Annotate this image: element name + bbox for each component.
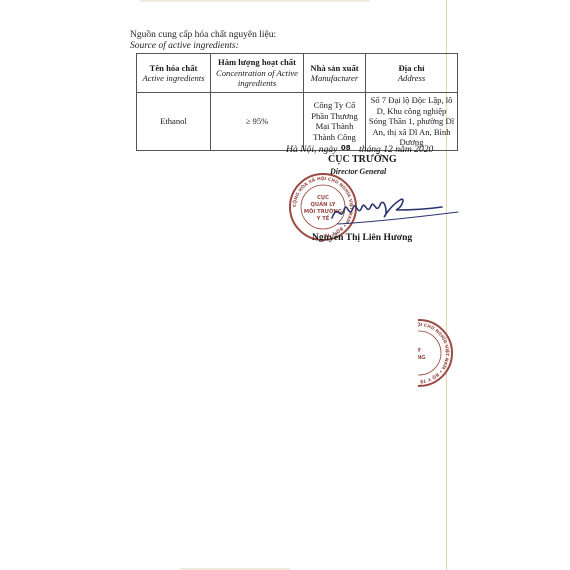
header-label-vi: Tên hóa chất	[139, 63, 208, 74]
header-label-vi: Hàm lượng hoạt chất	[213, 57, 301, 68]
signature-icon	[330, 188, 460, 233]
header-label-vi: Nhà sản xuất	[306, 63, 363, 74]
header-label-en: Manufacturer	[306, 73, 363, 84]
ingredients-table: Tên hóa chất Active ingredients Hàm lượn…	[136, 53, 458, 151]
header-label-en: Concentration of Active ingredients	[213, 68, 301, 89]
header-address: Địa chỉ Address	[366, 54, 458, 93]
cell-ingredient: Ethanol	[137, 93, 211, 151]
header-concentration: Hàm lượng hoạt chất Concentration of Act…	[211, 54, 304, 93]
scan-fringe-top	[140, 0, 370, 2]
intro-text-en: Source of active ingredients:	[130, 41, 239, 52]
cell-concentration: ≥ 95%	[211, 93, 304, 151]
header-ingredient: Tên hóa chất Active ingredients	[137, 54, 211, 93]
table-header-row: Tên hóa chất Active ingredients Hàm lượn…	[137, 54, 458, 93]
header-label-en: Active ingredients	[139, 73, 208, 84]
intro-text-vi: Nguồn cung cấp hóa chất nguyên liệu:	[130, 30, 276, 41]
svg-text:Y TẾ: Y TẾ	[316, 214, 330, 222]
header-manufacturer: Nhà sản xuất Manufacturer	[304, 54, 366, 93]
director-title-vi: CỤC TRƯỞNG	[328, 154, 397, 165]
date-day: 08	[341, 144, 351, 152]
svg-text:ỜNG: ỜNG	[418, 354, 426, 361]
header-label-vi: Địa chỉ	[368, 63, 455, 74]
svg-text:CỤC: CỤC	[317, 195, 329, 201]
table-row: Ethanol ≥ 95% Công Ty Cổ Phần Thương Mại…	[137, 93, 458, 151]
signer-name: Nguyễn Thị Liên Hương	[312, 232, 412, 243]
partial-stamp-icon: CỘNG HÒA XÃ HỘI CHỦ NGHĨA VIỆT NAM • BỘ …	[418, 318, 454, 388]
partial-stamp-clip: CỘNG HÒA XÃ HỘI CHỦ NGHĨA VIỆT NAM • BỘ …	[418, 310, 458, 400]
cell-manufacturer: Công Ty Cổ Phần Thương Mại Thành Thành C…	[304, 93, 366, 151]
svg-text:Ý: Ý	[418, 347, 421, 354]
svg-text:CỘNG HÒA XÃ HỘI CHỦ NGHĨA VIỆT: CỘNG HÒA XÃ HỘI CHỦ NGHĨA VIỆT NAM • BỘ …	[418, 321, 452, 386]
cell-address: Số 7 Đại lộ Độc Lập, lô D, Khu công nghi…	[366, 93, 458, 151]
header-label-en: Address	[368, 73, 455, 84]
